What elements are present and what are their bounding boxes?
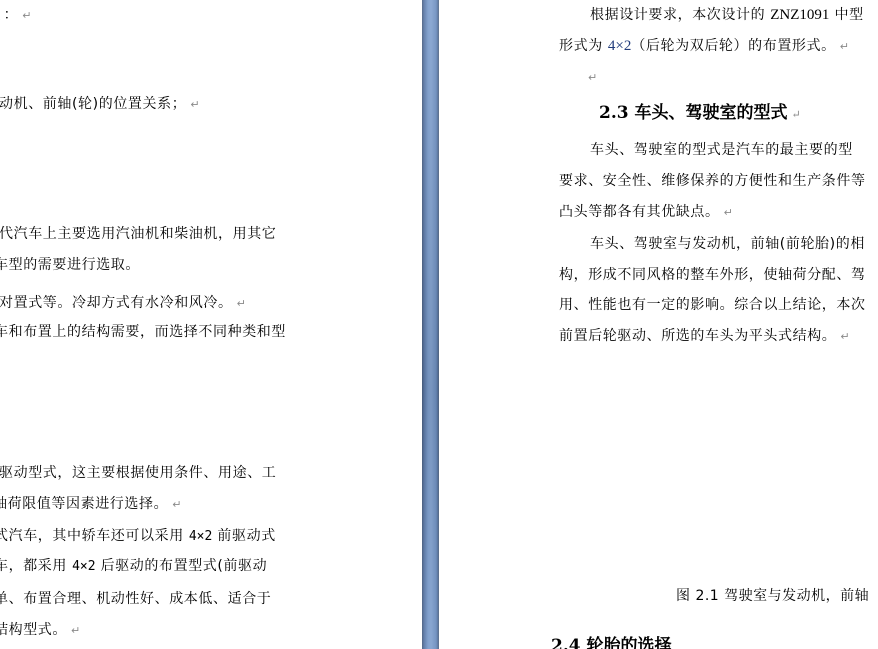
line-text: 代汽车上主要选用汽油机和柴油机，用其它 xyxy=(0,226,276,242)
line-text: 前驱动式 xyxy=(212,528,275,544)
text-line: 车，都采用 4×2 后驱动的布置型式(前驱动 xyxy=(0,557,267,576)
line-text: 前置后轮驱动、所选的车头为平头式结构。 xyxy=(559,328,836,344)
paragraph-mark-icon: ↵ xyxy=(71,624,81,637)
line-text: 凸头等都各有其优缺点。 xyxy=(559,204,720,220)
line-text: 中型 xyxy=(829,7,863,23)
caption-text: 图 2.1 驾驶室与发动机，前轴 xyxy=(676,588,869,604)
paragraph-mark-icon: ↵ xyxy=(190,98,200,111)
text-line: 式汽车，其中轿车还可以采用 4×2 前驱动式 xyxy=(0,527,276,546)
line-text: 车头、驾驶室的型式是汽车的最主要的型 xyxy=(590,142,853,158)
text-line: 要求、安全性、维修保养的方便性和生产条件等 xyxy=(559,172,866,190)
paragraph-mark-icon: ↵ xyxy=(237,297,247,310)
text-line: 形式为 4×2（后轮为双后轮）的布置形式。↵ xyxy=(559,37,850,56)
text-line: 车头、驾驶室的型式是汽车的最主要的型 xyxy=(590,141,853,159)
text-line: 车型的需要进行选取。 xyxy=(0,256,140,274)
text-line: 、：↵ xyxy=(0,6,32,25)
line-text: 式汽车，其中轿车还可以采用 xyxy=(0,528,189,544)
line-text: 车型的需要进行选取。 xyxy=(0,257,140,273)
figure-caption: 图 2.1 驾驶室与发动机，前轴 xyxy=(676,587,869,605)
model-number: ZNZ1091 xyxy=(770,7,829,23)
line-text: 动机、前轴(轮)的位置关系； xyxy=(0,96,186,112)
drive-config-text: 4×2 xyxy=(189,529,212,544)
left-document-page[interactable]: 、：↵ 动机、前轴(轮)的位置关系；↵ 代汽车上主要选用汽油机和柴油机，用其它 … xyxy=(0,0,422,649)
text-line: 结构型式。↵ xyxy=(0,621,81,640)
paragraph-mark-icon: ↵ xyxy=(22,9,32,22)
text-line: 车头、驾驶室与发动机，前轴(前轮胎)的相 xyxy=(590,235,865,253)
line-text: 、： xyxy=(0,7,18,23)
text-line: 对置式等。冷却方式有水冷和风冷。↵ xyxy=(0,294,246,313)
paragraph-mark-icon: ↵ xyxy=(588,71,598,84)
paragraph-mark-icon: ↵ xyxy=(724,206,734,219)
line-text: 对置式等。冷却方式有水冷和风冷。 xyxy=(0,295,233,311)
line-text: 结构型式。 xyxy=(0,622,67,638)
line-text: 用、性能也有一定的影响。综合以上结论，本次 xyxy=(559,297,866,313)
paragraph-mark-icon: ↵ xyxy=(840,40,850,53)
line-text: 后驱动的布置型式(前驱动 xyxy=(96,558,268,574)
heading-text: 2.4 轮胎的选择 xyxy=(551,636,672,649)
paragraph-mark-icon: ↵ xyxy=(840,330,850,343)
text-line: 驱动型式，这主要根据使用条件、用途、工 xyxy=(0,464,276,482)
heading-text: 2.3 车头、驾驶室的型式 xyxy=(599,103,788,123)
text-line: 构，形成不同风格的整车外形，使轴荷分配、驾 xyxy=(559,266,866,284)
line-text: 车，都采用 xyxy=(0,558,72,574)
line-text: 形式为 xyxy=(559,38,608,54)
drive-config-text: 4×2 xyxy=(608,38,631,54)
empty-paragraph: ↵ xyxy=(584,68,598,87)
line-text: 要求、安全性、维修保养的方便性和生产条件等 xyxy=(559,173,866,189)
text-line: 单、布置合理、机动性好、成本低、适合于 xyxy=(0,590,271,608)
text-line: 前置后轮驱动、所选的车头为平头式结构。↵ xyxy=(559,327,850,346)
line-text: 车和布置上的结构需要，而选择不同种类和型 xyxy=(0,324,286,340)
text-line: 车和布置上的结构需要，而选择不同种类和型 xyxy=(0,323,286,341)
right-document-page[interactable]: 根据设计要求，本次设计的 ZNZ1091 中型 形式为 4×2（后轮为双后轮）的… xyxy=(439,0,878,649)
text-line: 根据设计要求，本次设计的 ZNZ1091 中型 xyxy=(590,6,864,24)
section-heading-2-3: 2.3 车头、驾驶室的型式↵ xyxy=(599,102,801,126)
text-line: 用、性能也有一定的影响。综合以上结论，本次 xyxy=(559,296,866,314)
text-line: 代汽车上主要选用汽油机和柴油机，用其它 xyxy=(0,225,276,243)
line-text: 构，形成不同风格的整车外形，使轴荷分配、驾 xyxy=(559,267,866,283)
line-text: 车头、驾驶室与发动机，前轴(前轮胎)的相 xyxy=(590,236,865,252)
line-text: 驱动型式，这主要根据使用条件、用途、工 xyxy=(0,465,276,481)
line-text: 单、布置合理、机动性好、成本低、适合于 xyxy=(0,591,271,607)
text-line: 轴荷限值等因素进行选择。↵ xyxy=(0,495,182,514)
section-heading-2-4: 2.4 轮胎的选择 xyxy=(551,635,672,649)
line-text: 根据设计要求，本次设计的 xyxy=(590,7,770,23)
line-text: 轴荷限值等因素进行选择。 xyxy=(0,496,168,512)
drive-config-text: 4×2 xyxy=(72,559,95,574)
text-line: 凸头等都各有其优缺点。↵ xyxy=(559,203,733,222)
line-text: （后轮为双后轮）的布置形式。 xyxy=(631,38,835,54)
text-line: 动机、前轴(轮)的位置关系；↵ xyxy=(0,95,200,114)
paragraph-mark-icon: ↵ xyxy=(172,498,182,511)
paragraph-mark-icon: ↵ xyxy=(792,108,801,121)
page-gap-divider xyxy=(422,0,439,649)
